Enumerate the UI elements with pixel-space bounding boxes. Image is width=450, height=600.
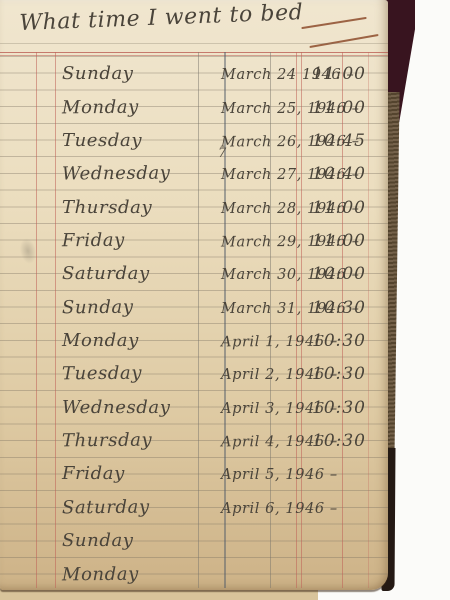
time-label: 11:00	[312, 198, 366, 218]
ledger-row: Thursday March 28, 1946 – 11:00	[0, 190, 384, 223]
ledger-row: Wednesday March 27, 1946 – 10:40	[0, 157, 384, 190]
time-label: 10:30	[312, 364, 366, 384]
time-label: 10:30	[312, 298, 366, 318]
ledger-row: Sunday March 31, 1946 – 10:30	[0, 290, 384, 323]
ledger-row: Sunday March 24 1946 – 11:00	[0, 57, 384, 90]
time-label: 11:00	[312, 231, 366, 251]
page-title: What time I went to bed	[19, 0, 304, 36]
ledger-row: Tuesday April 2, 1946 – 10:30	[0, 357, 384, 390]
time-label: 10:00	[312, 264, 366, 284]
crease-mark	[301, 17, 367, 29]
day-label: Tuesday	[62, 363, 142, 385]
time-label: 10:30	[312, 331, 366, 351]
day-label: Friday	[62, 463, 125, 484]
ledger-row: Saturday March 30, 1946 – 10:00	[0, 257, 384, 290]
photo-of-ledger-page: What time I went to bed 7 Sunday March 2…	[0, 0, 450, 600]
day-label: Friday	[62, 230, 125, 252]
ledger-row: Thursday April 4, 1946 – 10:30	[0, 424, 384, 457]
time-label: 10:30	[312, 398, 366, 418]
day-label: Wednesday	[62, 397, 171, 418]
ledger-row: Monday	[0, 557, 384, 590]
day-label: Saturday	[62, 263, 150, 284]
ledger-row: Saturday April 6, 1946 –	[0, 490, 384, 523]
day-label: Sunday	[62, 530, 134, 551]
ledger-row: Monday April 1, 1946 – 10:30	[0, 324, 384, 357]
day-label: Thursday	[62, 197, 152, 218]
day-label: Thursday	[62, 430, 152, 452]
crease-mark	[309, 34, 378, 48]
time-label: 10:45	[312, 131, 366, 151]
time-label: 11:00	[312, 98, 366, 118]
ledger-page: What time I went to bed 7 Sunday March 2…	[0, 0, 388, 590]
ruled-line	[0, 43, 388, 44]
red-header-rule	[0, 52, 388, 53]
date-label: April 5, 1946 –	[221, 467, 338, 483]
time-label: 11:00	[312, 64, 366, 84]
ledger-row: Sunday	[0, 524, 384, 557]
ledger-row: Tuesday March 26, 1946 – 10:45	[0, 124, 384, 157]
day-label: Tuesday	[62, 130, 142, 151]
ledger-row: Friday March 29, 1946 – 11:00	[0, 224, 384, 257]
day-label: Monday	[62, 563, 139, 585]
time-label: 10:40	[312, 164, 366, 184]
day-label: Wednesday	[62, 163, 171, 185]
ledger-row: Friday April 5, 1946 –	[0, 457, 384, 490]
date-label: April 6, 1946 –	[221, 501, 338, 517]
time-label: 10:30	[312, 431, 366, 451]
ledger-row: Monday March 25, 1946 – 11:00	[0, 90, 384, 123]
entry-list: Sunday March 24 1946 – 11:00 Monday Marc…	[0, 57, 384, 590]
ledger-row: Wednesday April 3, 1946 – 10:30	[0, 390, 384, 423]
day-label: Sunday	[62, 63, 134, 84]
day-label: Sunday	[62, 296, 134, 318]
day-label: Monday	[62, 96, 139, 118]
day-label: Monday	[62, 330, 139, 351]
day-label: Saturday	[62, 496, 150, 518]
